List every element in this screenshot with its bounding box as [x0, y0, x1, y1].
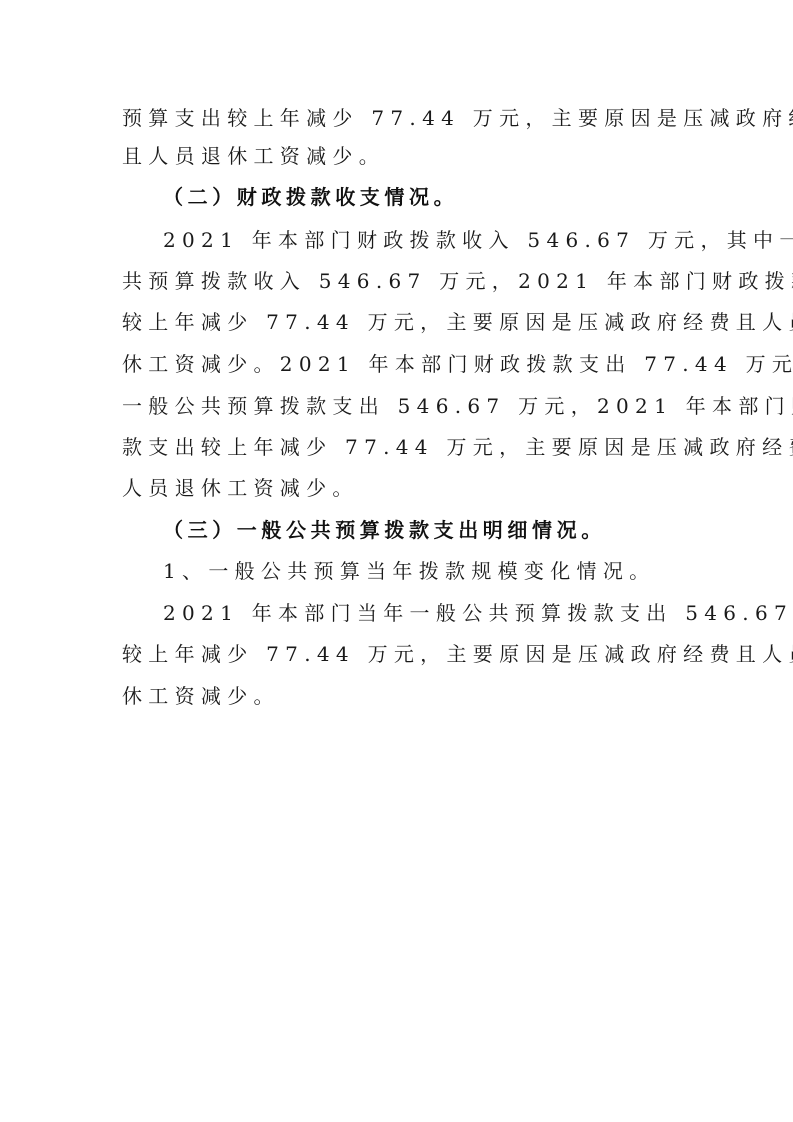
paragraph-line: 共预算拨款收入 546.67 万元，2021 年本部门财政拨款收入 [122, 266, 682, 296]
paragraph-line: 较上年减少 77.44 万元，主要原因是压减政府经费且人员退 [122, 639, 682, 669]
paragraph-line: 款支出较上年减少 77.44 万元，主要原因是压减政府经费且 [122, 432, 682, 462]
paragraph-line: 休工资减少。 [122, 681, 682, 711]
paragraph-line: 2021 年本部门财政拨款收入 546.67 万元，其中一般公 [163, 225, 723, 255]
section-heading-2: （二）财政拨款收支情况。 [163, 182, 723, 212]
paragraph-line: 一般公共预算拨款支出 546.67 万元，2021 年本部门财政拨 [122, 391, 682, 421]
section-heading-3: （三）一般公共预算拨款支出明细情况。 [163, 515, 723, 545]
document-page: 预算支出较上年减少 77.44 万元，主要原因是压减政府经费 且人员退休工资减少… [0, 0, 793, 1122]
paragraph-line: 人员退休工资减少。 [122, 473, 682, 503]
paragraph-line: 预算支出较上年减少 77.44 万元，主要原因是压减政府经费 [122, 103, 682, 133]
subsection-heading-1: 1、一般公共预算当年拨款规模变化情况。 [163, 556, 723, 586]
paragraph-line: 较上年减少 77.44 万元，主要原因是压减政府经费且人员退 [122, 307, 682, 337]
paragraph-line: 休工资减少。2021 年本部门财政拨款支出 77.44 万元，其中 [122, 349, 682, 379]
paragraph-line: 且人员退休工资减少。 [122, 141, 682, 171]
paragraph-line: 2021 年本部门当年一般公共预算拨款支出 546.67 万元， [163, 598, 723, 628]
